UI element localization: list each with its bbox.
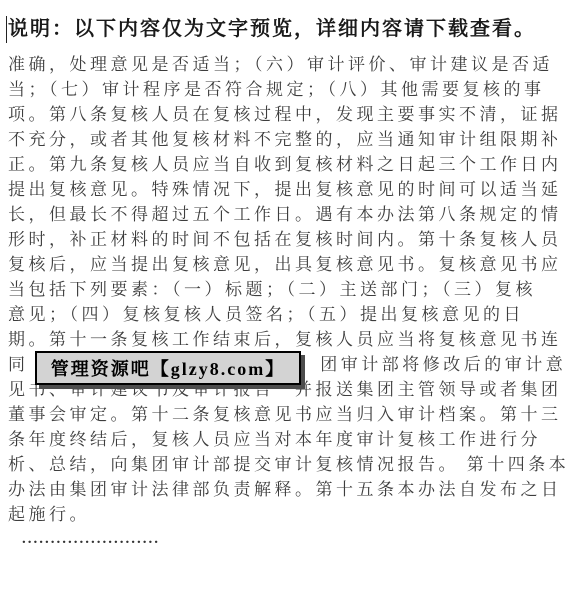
text-line: 长，但最长不得超过五个工作日。遇有本办法第八条规定的情 [8, 202, 574, 227]
text-line: 析、总结，向集团审计部提交审计复核情况报告。 第十四条本 [8, 452, 574, 477]
obscured-line-left-fragment: 同 [8, 355, 29, 374]
text-line: 办法由集团审计法律部负责解释。第十五条本办法自发布之日 [8, 477, 574, 502]
text-line: 项。第八条复核人员在复核过程中，发现主要事实不清，证据 [8, 102, 574, 127]
preview-notice: 说明：以下内容仅为文字预览，详细内容请下载查看。 [8, 12, 536, 41]
text-line: 当；（七）审计程序是否符合规定；（八）其他需要复核的事 [8, 77, 574, 102]
ellipsis-line: ........................ [22, 527, 574, 552]
text-line: 正。第九条复核人员应当自收到复核材料之日起三个工作日内 [8, 152, 574, 177]
document-body: 准确，处理意见是否适当；（六）审计评价、审计建议是否适 当；（七）审计程序是否符… [8, 52, 574, 552]
text-cursor [6, 16, 7, 43]
text-line: 期。第十一条复核工作结束后，复核人员应当将复核意见书连 [8, 327, 574, 352]
text-line: 当包括下列要素：（一）标题；（二）主送部门；（三）复核 [8, 277, 574, 302]
text-line: 董事会审定。第十二条复核意见书应当归入审计档案。第十三 [8, 402, 574, 427]
text-line: 不充分，或者其他复核材料不完整的，应当通知审计组限期补 [8, 127, 574, 152]
preview-page: { "notice": { "text": "说明：以下内容仅为文字预览，详细内… [0, 0, 578, 600]
text-line: 意见；（四）复核复核人员签名；（五）提出复核意见的日 [8, 302, 574, 327]
obscured-line-right-fragment: 团审计部将修改后的审计意 [320, 355, 566, 374]
text-line: 条年度终结后，复核人员应当对本年度审计复核工作进行分 [8, 427, 574, 452]
text-line: 复核后，应当提出复核意见，出具复核意见书。复核意见书应 [8, 252, 574, 277]
text-line: 形时，补正材料的时间不包括在复核时间内。第十条复核人员 [8, 227, 574, 252]
text-line: 准确，处理意见是否适当；（六）审计评价、审计建议是否适 [8, 52, 574, 77]
site-watermark-stamp: 管理资源吧【glzy8.com】 [35, 351, 301, 385]
text-line: 提出复核意见。特殊情况下，提出复核意见的时间可以适当延 [8, 177, 574, 202]
text-line-closing: 起施行。 [8, 502, 574, 527]
